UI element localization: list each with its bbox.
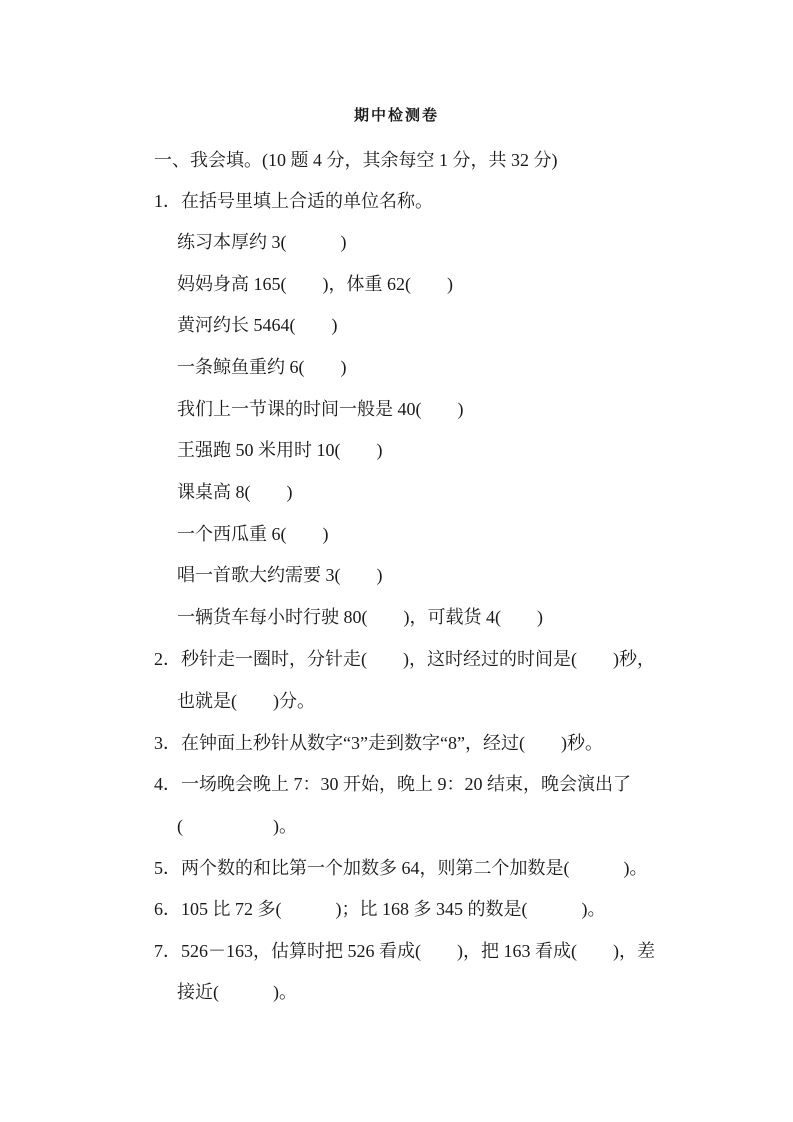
question-7-continued: 接近( )。 — [177, 980, 297, 1004]
question-text: 105 比 72 多( )；比 168 多 345 的数是( )。 — [181, 899, 605, 919]
section-heading: 一、我会填。(10 题 4 分，其余每空 1 分，共 32 分) — [154, 148, 558, 172]
question-text: 在钟面上秒针从数字“3”走到数字“8”，经过( )秒。 — [181, 733, 603, 753]
question-6: 6．105 比 72 多( )；比 168 多 345 的数是( )。 — [154, 897, 605, 921]
question-number: 5． — [154, 858, 181, 878]
question-text: 在括号里填上合适的单位名称。 — [181, 191, 433, 211]
fill-item: 妈妈身高 165( )，体重 62( ) — [177, 272, 453, 296]
fill-item: 我们上一节课的时间一般是 40( ) — [177, 397, 464, 421]
question-text: 秒针走一圈时，分针走( )，这时经过的时间是( )秒， — [181, 649, 655, 669]
fill-item: 一个西瓜重 6( ) — [177, 522, 329, 546]
question-2-continued: 也就是( )分。 — [177, 689, 315, 713]
question-number: 1． — [154, 191, 181, 211]
fill-item: 黄河约长 5464( ) — [177, 313, 338, 337]
question-4: 4．一场晚会晚上 7：30 开始，晚上 9：20 结束，晚会演出了 — [154, 772, 631, 796]
question-1: 1．在括号里填上合适的单位名称。 — [154, 189, 433, 213]
fill-item: 一条鲸鱼重约 6( ) — [177, 355, 347, 379]
page-title: 期中检测卷 — [0, 104, 793, 125]
question-number: 4． — [154, 774, 181, 794]
question-number: 3． — [154, 733, 181, 753]
fill-item: 练习本厚约 3( ) — [177, 230, 347, 254]
question-number: 6． — [154, 899, 181, 919]
question-5: 5．两个数的和比第一个加数多 64，则第二个加数是( )。 — [154, 856, 648, 880]
question-text: 两个数的和比第一个加数多 64，则第二个加数是( )。 — [181, 858, 648, 878]
fill-item: 王强跑 50 米用时 10( ) — [177, 438, 383, 462]
fill-item: 一辆货车每小时行驶 80( )，可载货 4( ) — [177, 605, 543, 629]
question-number: 2． — [154, 649, 181, 669]
question-4-continued: ( )。 — [177, 814, 297, 838]
question-2: 2．秒针走一圈时，分针走( )，这时经过的时间是( )秒， — [154, 647, 655, 671]
question-text: 一场晚会晚上 7：30 开始，晚上 9：20 结束，晚会演出了 — [181, 774, 631, 794]
question-3: 3．在钟面上秒针从数字“3”走到数字“8”，经过( )秒。 — [154, 731, 603, 755]
fill-item: 课桌高 8( ) — [177, 480, 293, 504]
fill-item: 唱一首歌大约需要 3( ) — [177, 563, 383, 587]
question-7: 7．526－163，估算时把 526 看成( )，把 163 看成( )，差 — [154, 939, 655, 963]
question-text: 526－163，估算时把 526 看成( )，把 163 看成( )，差 — [181, 941, 655, 961]
question-number: 7． — [154, 941, 181, 961]
